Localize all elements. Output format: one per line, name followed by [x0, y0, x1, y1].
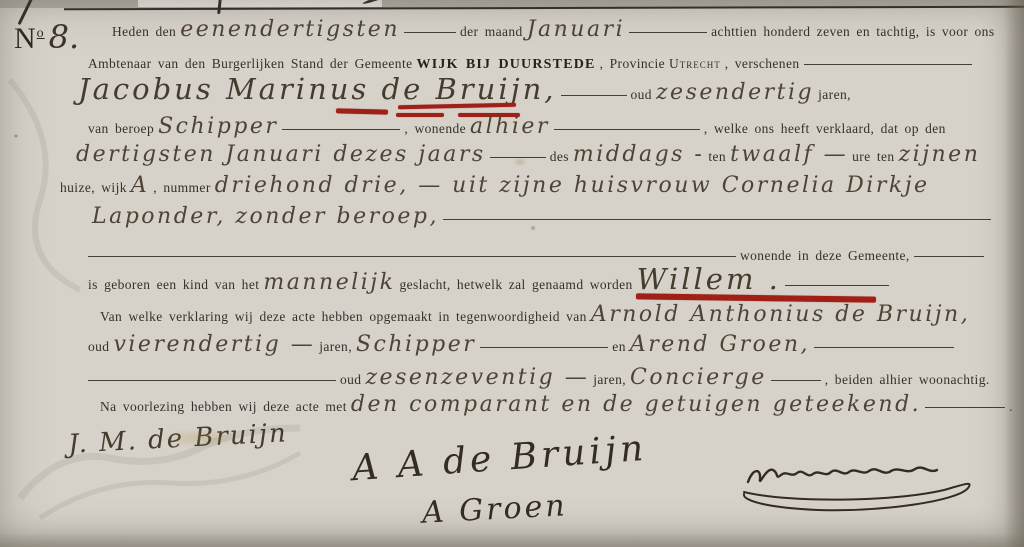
filler-rule	[771, 375, 821, 381]
hw-witness1-name: Arnold Anthonius de Bruijn,	[591, 302, 970, 327]
line-mother-surname: Laponder, zonder beroep,	[92, 203, 991, 232]
printed-text: geslacht, hetwelk zal genaamd worden	[399, 277, 632, 292]
hw-father-name: Jacobus Marinus de Bruijn,	[78, 72, 557, 106]
filler-rule	[561, 90, 627, 96]
printed-text: Na voorlezing hebben wij deze acte met	[100, 399, 347, 414]
hw-father-residence: alhier	[470, 114, 550, 139]
filler-rule	[914, 251, 984, 257]
printed-text: Van welke verklaring wij deze acte hebbe…	[100, 309, 587, 324]
hw-day: eenendertigsten	[180, 17, 400, 42]
hw-district-letter: A	[131, 173, 149, 198]
printed-text: achttien honderd zeven en tachtig, is vo…	[711, 24, 994, 39]
signature-witness-2: A Groen	[421, 488, 568, 531]
filler-rule	[480, 342, 608, 348]
printed-text: , Provincie	[600, 56, 665, 71]
record-number-label: No	[14, 22, 45, 55]
printed-text: jaren,	[593, 372, 626, 387]
line-profession: van beroep Schipper , wonende alhier , w…	[88, 113, 946, 142]
birth-certificate-scan: No8. Heden den eenendertigsten der maand…	[0, 0, 1024, 547]
hw-month: Januari	[527, 17, 625, 42]
scan-top-gap	[138, 0, 382, 7]
hw-witness2-age: zesenzeventig —	[365, 365, 589, 390]
hw-child-name: Willem .	[637, 262, 781, 296]
printed-text: , verschenen	[725, 56, 800, 71]
printed-text: , wonende	[404, 121, 466, 136]
hw-witness2-profession: Concierge	[630, 365, 767, 390]
ink-bleedthrough-artifact	[0, 60, 120, 300]
hw-mother-surname: Laponder, zonder beroep,	[92, 204, 439, 229]
hw-closing: den comparant en de getuigen geteekend.	[351, 392, 921, 417]
printed-text: , beiden alhier woonachtig.	[825, 372, 990, 387]
filler-rule	[814, 342, 954, 348]
line-child-name: is geboren een kind van het mannelijk ge…	[88, 266, 889, 298]
printed-text: .	[1009, 399, 1013, 414]
printed-text: oud	[340, 372, 361, 387]
filler-rule	[404, 27, 456, 33]
filler-rule	[804, 59, 972, 65]
hw-whose: zijnen	[899, 142, 981, 167]
printed-text: Ambtenaar van den Burgerlijken Stand der…	[88, 56, 413, 71]
province-name: Utrecht	[669, 56, 721, 71]
filler-rule	[443, 214, 991, 220]
line-witness1: Van welke verklaring wij deze acte hebbe…	[100, 301, 970, 330]
record-number: No8.	[14, 18, 79, 56]
hw-witness1-age: vierendertig —	[113, 332, 315, 357]
filler-rule	[282, 124, 400, 130]
line-birth-datetime: dertigsten Januari dezes jaars des midda…	[76, 141, 980, 170]
filler-rule	[88, 375, 336, 381]
printed-text: en	[612, 339, 626, 354]
line-closing: Na voorlezing hebben wij deze acte met d…	[100, 391, 1013, 420]
municipality-name: WIJK BIJ DUURSTEDE	[417, 57, 596, 72]
line-mother-residence: wonende in deze Gemeente,	[88, 242, 984, 269]
line-witness1-details: oud vierendertig — jaren, Schipper en Ar…	[88, 331, 954, 360]
filler-rule	[490, 152, 546, 158]
hw-daypart: middags -	[573, 142, 704, 167]
line-house-mother: huize, wijk A , nummer driehond drie, — …	[60, 172, 930, 201]
hw-witness2-name: Arend Groen,	[630, 332, 810, 357]
filler-rule	[554, 124, 700, 130]
hw-father-age: zesendertig	[656, 80, 814, 105]
record-number-value: 8.	[49, 18, 80, 56]
printed-text: des	[550, 149, 569, 164]
registrar-signature	[738, 452, 1008, 518]
filler-rule	[925, 402, 1005, 408]
printed-text: der maand	[460, 24, 523, 39]
printed-text: jaren,	[319, 339, 352, 354]
printed-text: Heden den	[112, 24, 176, 39]
printed-text: wonende in deze Gemeente,	[740, 248, 910, 263]
line-date: Heden den eenendertigsten der maand Janu…	[112, 16, 994, 45]
line-witness2-details: oud zesenzeventig — jaren, Concierge , b…	[88, 364, 990, 393]
signature-witness-1: A A de Bruijn	[351, 428, 649, 490]
registrar-signature-flourish-icon	[738, 452, 1008, 514]
printed-text: ten	[708, 149, 726, 164]
hw-father-profession: Schipper	[158, 114, 278, 139]
hw-birth-date: dertigsten Januari dezes jaars	[76, 142, 486, 167]
printed-text: oud	[631, 87, 652, 102]
printed-text: , welke ons heeft verklaard, dat op den	[704, 121, 946, 136]
printed-text: jaren,	[818, 87, 851, 102]
filler-rule	[785, 280, 889, 286]
hw-hour: twaalf —	[730, 142, 848, 167]
filler-rule	[88, 251, 736, 257]
ink-bleedthrough-artifact	[10, 418, 310, 528]
filler-rule	[629, 27, 707, 33]
printed-text: , nummer	[153, 180, 210, 195]
printed-text: ure ten	[852, 149, 894, 164]
hw-gender: mannelijk	[263, 270, 395, 295]
hw-witness1-profession: Schipper	[356, 332, 476, 357]
printed-text: oud	[88, 339, 109, 354]
hw-house-number-mother-name: driehond drie, — uit zijne huisvrouw Cor…	[215, 173, 930, 198]
